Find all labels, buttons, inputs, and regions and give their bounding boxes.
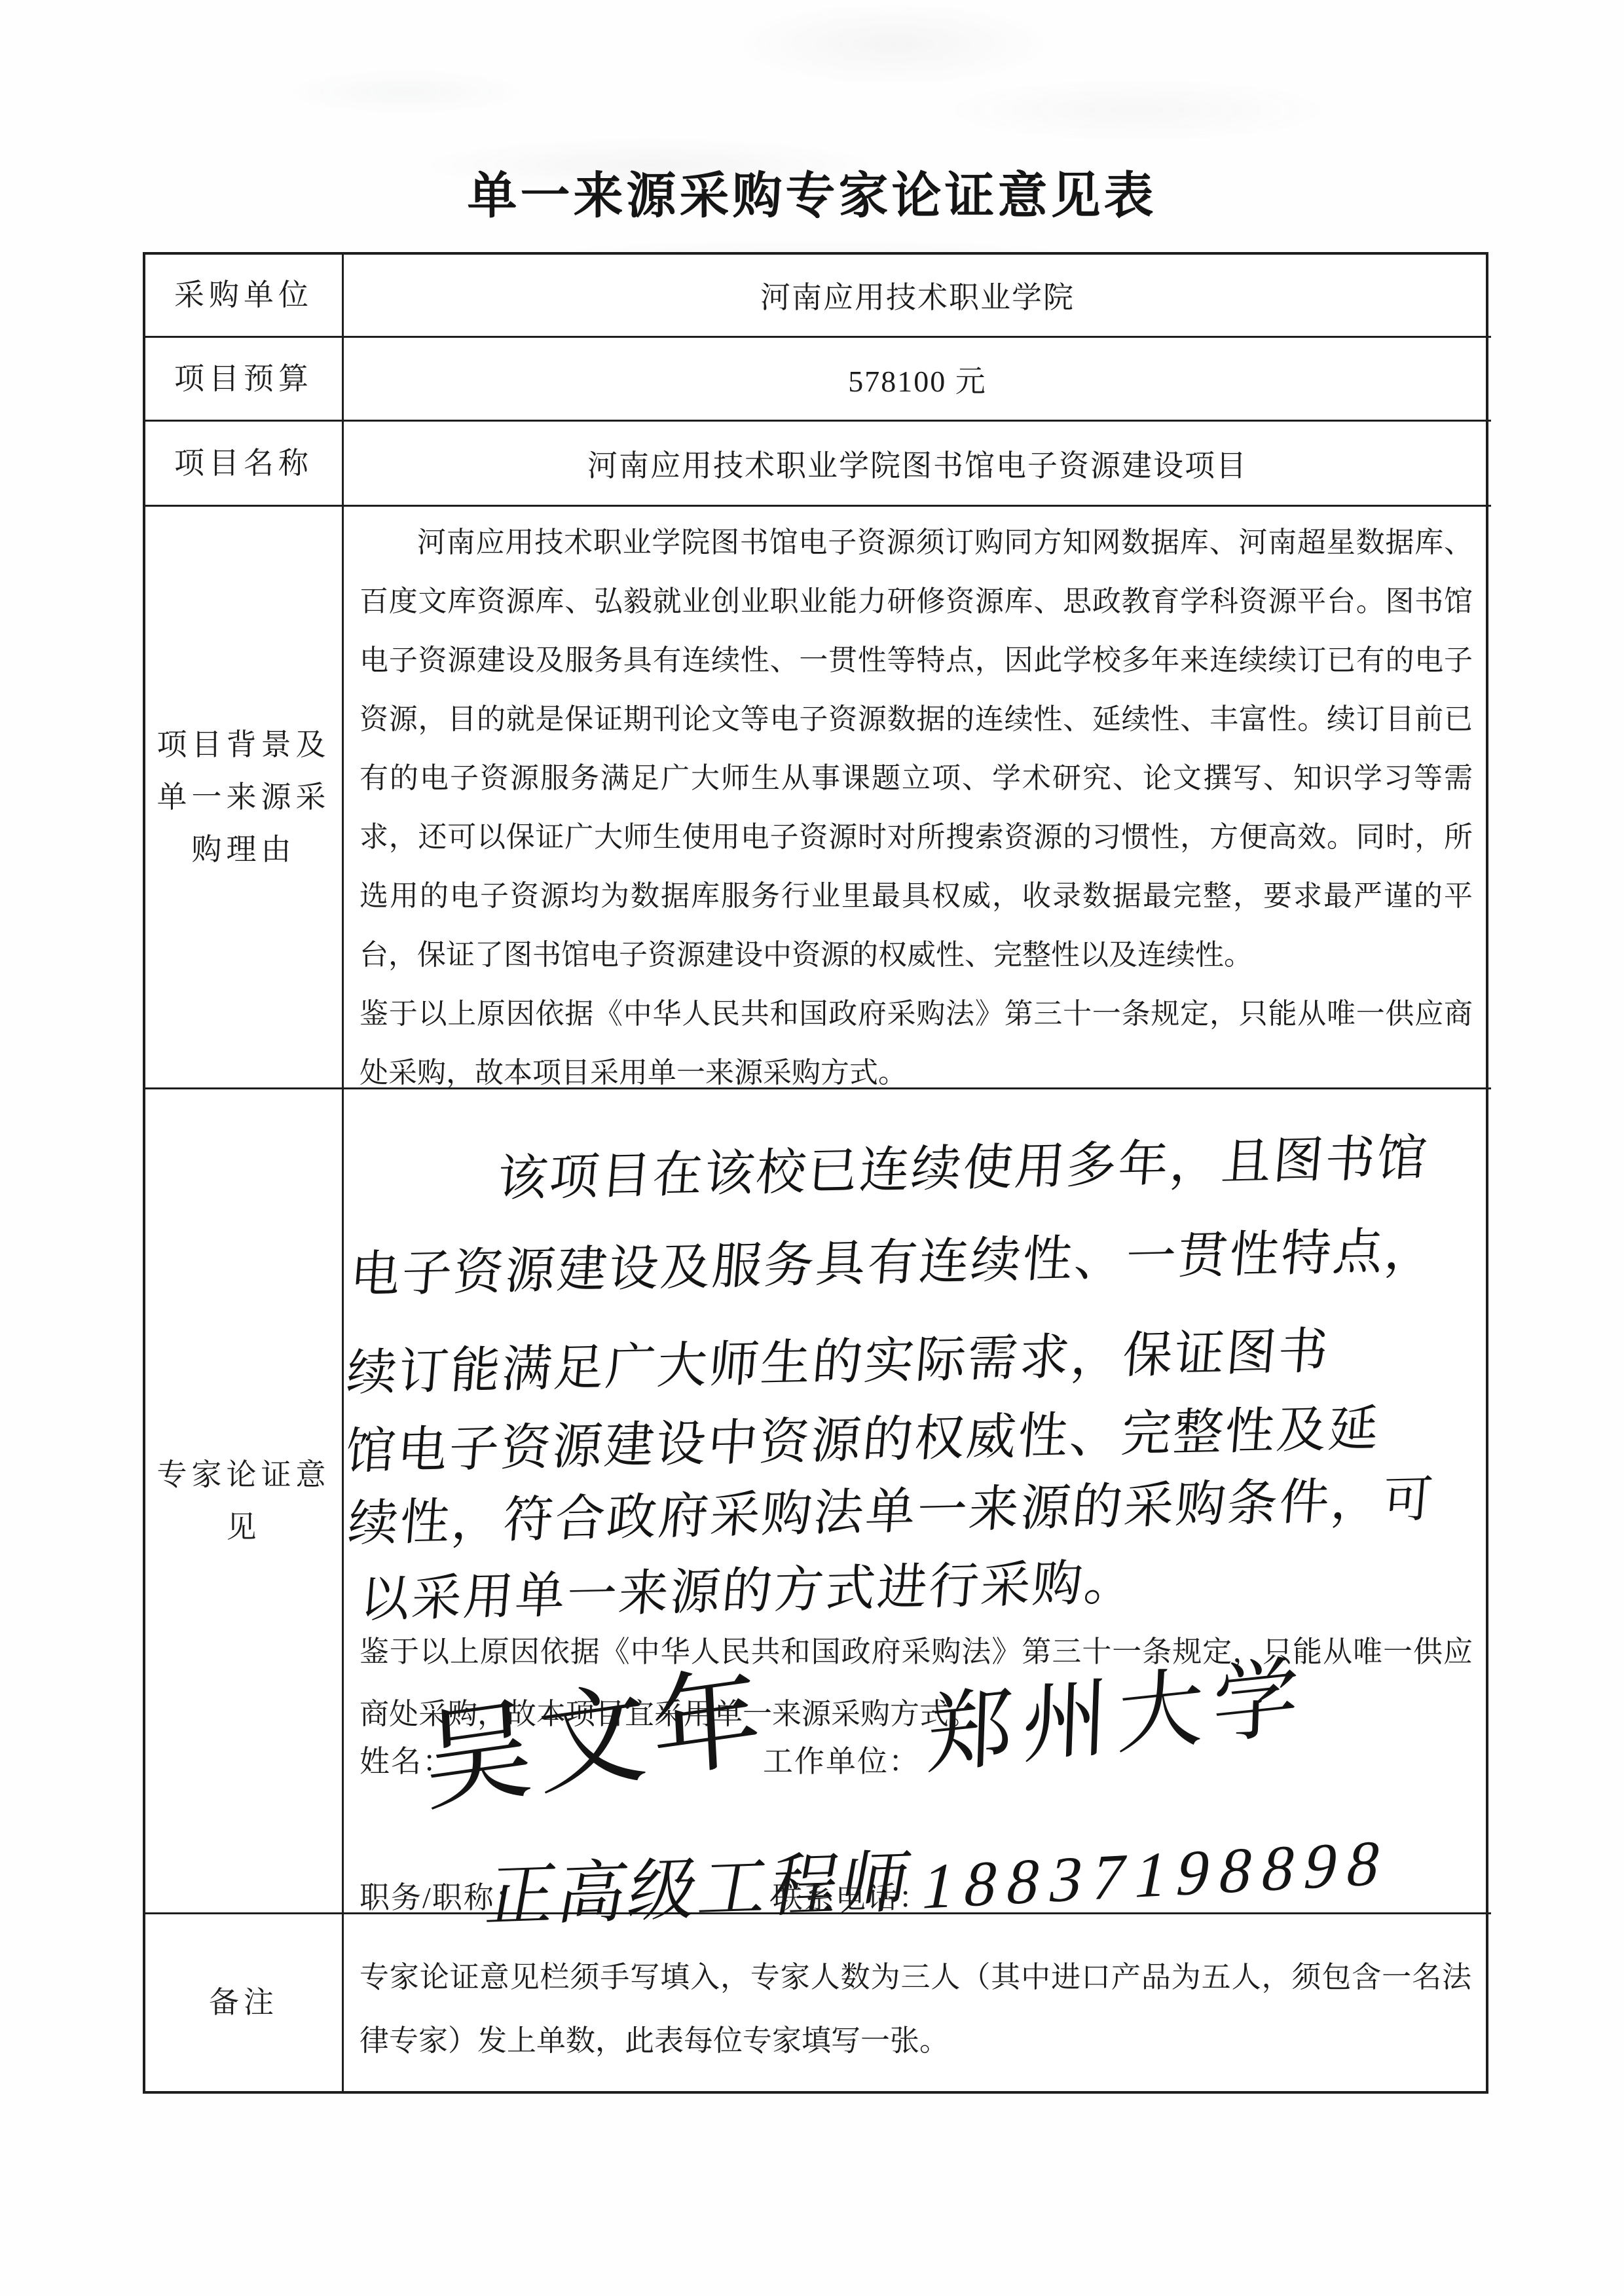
row-value-remark: 专家论证意见栏须手写填入，专家人数为三人（其中进口产品为五人，须包含一名法律专家… <box>344 1914 1491 2091</box>
row-value-project-name: 河南应用技术职业学院图书馆电子资源建设项目 <box>344 422 1491 507</box>
opinion-form-table: 采购单位 河南应用技术职业学院 项目预算 578100 元 项目名称 河南应用技… <box>143 252 1488 2094</box>
row-label-remark: 备注 <box>145 1914 344 2091</box>
phone-number-handwriting: 18837198898 <box>915 1826 1397 1925</box>
scanned-document-page: 单一来源采购专家论证意见表 采购单位 河南应用技术职业学院 项目预算 57810… <box>0 0 1624 2296</box>
page-title: 单一来源采购专家论证意见表 <box>0 156 1624 227</box>
row-label-procuring-unit: 采购单位 <box>145 255 344 338</box>
handwritten-opinion-line: 电子资源建设及服务具有连续性、一贯性特点， <box>348 1210 1440 1306</box>
row-value-project-budget: 578100 元 <box>344 338 1491 422</box>
handwritten-opinion-line: 以采用单一来源的方式进行采购。 <box>358 1542 1139 1631</box>
row-value-procuring-unit: 河南应用技术职业学院 <box>344 255 1491 338</box>
handwritten-opinion-line: 续订能满足广大师生的实际需求，保证图书 <box>344 1311 1333 1404</box>
phone-field-label: 联系电话： <box>773 1874 930 1917</box>
handwritten-opinion-line: 该项目在该校已连续使用多年，且图书馆 <box>495 1118 1432 1210</box>
row-label-expert-opinion: 专家论证意见 <box>145 1089 344 1914</box>
row-label-project-name: 项目名称 <box>145 422 344 507</box>
row-value-expert-opinion: 该项目在该校已连续使用多年，且图书馆 电子资源建设及服务具有连续性、一贯性特点，… <box>344 1089 1491 1914</box>
row-label-project-budget: 项目预算 <box>145 338 344 422</box>
background-legal-basis-paragraph: 鉴于以上原因依据《中华人民共和国政府采购法》第三十一条规定，只能从唯一供应商处采… <box>360 985 1473 1089</box>
background-paragraph: 河南应用技术职业学院图书馆电子资源须订购同方知网数据库、河南超星数据库、百度文库… <box>360 513 1473 985</box>
remark-text: 专家论证意见栏须手写填入，专家人数为三人（其中进口产品为五人，须包含一名法律专家… <box>360 1946 1471 2073</box>
work-unit-field-label: 工作单位： <box>763 1738 920 1781</box>
row-label-background-reason: 项目背景及单一来源采购理由 <box>145 507 344 1089</box>
row-value-background-reason: 河南应用技术职业学院图书馆电子资源须订购同方知网数据库、河南超星数据库、百度文库… <box>344 507 1491 1089</box>
